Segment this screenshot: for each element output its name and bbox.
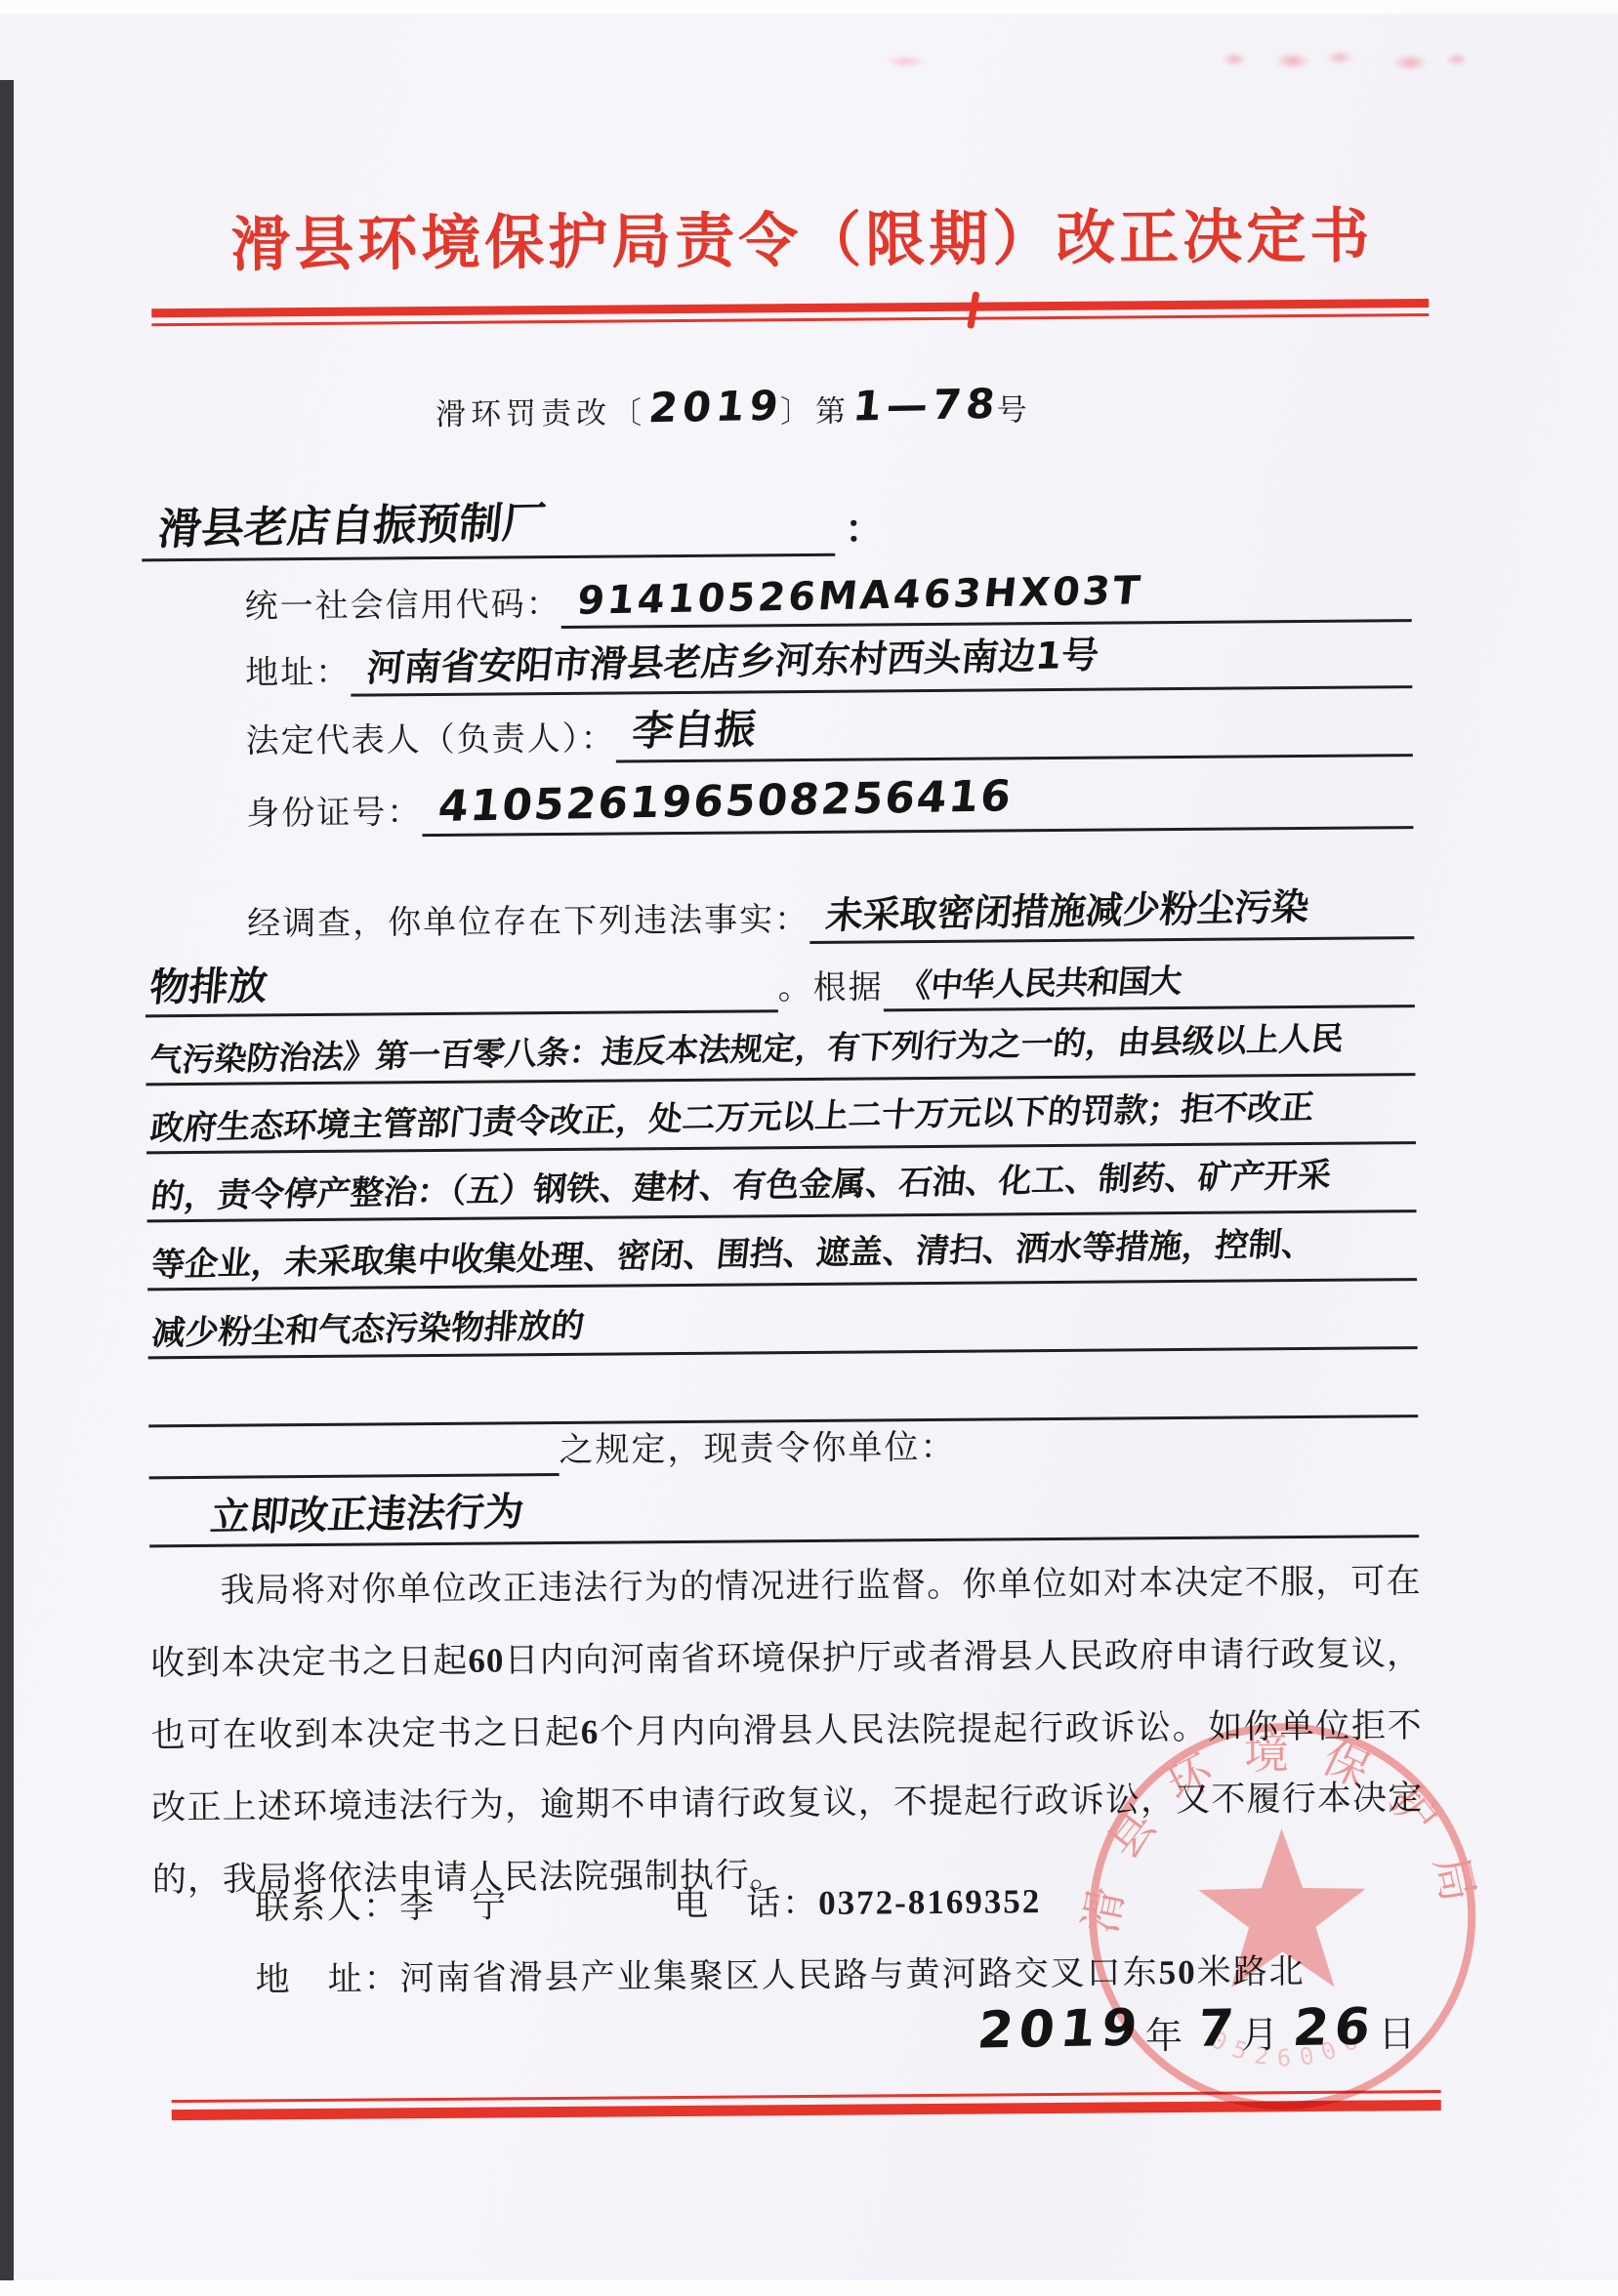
legal-rep-label: 法定代表人（负责人）： [245, 712, 615, 766]
law-line-handwritten: 减少粉尘和气态污染物排放的 [150, 1298, 588, 1354]
law-start-handwritten: 《中华人民共和国大 [897, 956, 1183, 1006]
recipient-name-handwritten: 滑县老店自振预制厂 [155, 487, 549, 556]
law-line-handwritten: 气污染防治法》第一百零八条：违反本法规定，有下列行为之一的，由县级以上人民 [147, 1013, 1346, 1081]
facts-line1-handwritten: 未采取密闭措施减少粉尘污染 [823, 877, 1311, 939]
id-number-row: 身份证号： 410526196508256416 [246, 766, 1413, 838]
contact-phone: 0372-8169352 [818, 1882, 1041, 1922]
law-line-row: 气污染防治法》第一百零八条：违反本法规定，有下列行为之一的，由县级以上人民 [145, 1015, 1415, 1086]
bureau-address-pre: 河南省滑县产业集聚区人民路与黄河路交叉口东 [400, 1953, 1159, 1997]
doc-number-serial-handwritten: 1—78 [850, 380, 1002, 430]
doc-number-suffix: 号 [996, 385, 1031, 429]
law-line-row: 等企业，未采取集中收集处理、密闭、围挡、遮盖、清扫、洒水等措施，控制、 [147, 1220, 1417, 1291]
doc-number: 滑环罚责改〔 2019 〕第 1—78 号 [436, 381, 1032, 433]
order-row: 立即改正违法行为 [149, 1477, 1419, 1547]
months-6: 6 [581, 1713, 600, 1751]
address-label: 地址： [245, 645, 351, 698]
legal-rep-row: 法定代表人（负责人）： 李自振 [245, 696, 1412, 765]
recipient-row: 滑县老店自振预制厂 ： [142, 495, 884, 561]
law-line-row: 的，责令停产整治：（五）钢铁、建材、有色金属、石油、化工、制药、矿产开采 [146, 1152, 1416, 1222]
address-value-handwritten: 河南省安阳市滑县老店乡河东村西头南边1号 [364, 625, 1101, 692]
regulation-row: 之规定，现责令你单位： [148, 1409, 1418, 1479]
law-line-row: 政府生态环境主管部门责令改正，处二万元以上二十万元以下的罚款；拒不改正 [146, 1084, 1416, 1154]
legal-rep-value-handwritten: 李自振 [630, 697, 759, 758]
law-line-handwritten: 等企业，未采取集中收集处理、密闭、围挡、遮盖、清扫、洒水等措施，控制、 [149, 1216, 1317, 1286]
page-title: 滑县环境保护局责令（限期）改正决定书 [0, 187, 1611, 285]
doc-number-year-handwritten: 2019 [646, 382, 785, 432]
seal-code: 0526006 [1206, 2022, 1371, 2072]
facts-intro-label: 经调查，你单位存在下列违法事实： [247, 892, 809, 949]
facts-line2-handwritten: 物排放 [147, 955, 270, 1012]
address-row: 地址： 河南省安阳市滑县老店乡河东村西头南边1号 [245, 630, 1412, 697]
bureau-address-label: 地 址： [256, 1959, 400, 1998]
regulation-label: 之规定，现责令你单位： [559, 1420, 956, 1476]
law-line-row: 减少粉尘和气态污染物排放的 [147, 1289, 1417, 1359]
order-handwritten: 立即改正违法行为 [208, 1481, 526, 1542]
id-number-label: 身份证号： [246, 785, 422, 838]
law-line-handwritten: 政府生态环境主管部门责令改正，处二万元以上二十万元以下的罚款；拒不改正 [148, 1080, 1316, 1149]
days-60: 60 [468, 1641, 504, 1679]
genju-label: 。根据 [777, 960, 883, 1012]
credit-code-row: 统一社会信用代码： 91410526MA463HX03T [244, 563, 1411, 631]
doc-number-prefix: 滑环罚责改〔 [436, 388, 646, 433]
law-line-handwritten: 的，责令停产整治：（五）钢铁、建材、有色金属、石油、化工、制药、矿产开采 [149, 1148, 1334, 1217]
contact-person: 李 宁 [399, 1886, 508, 1925]
credit-code-label: 统一社会信用代码： [244, 577, 560, 632]
contact-phone-label: 电 话： [674, 1884, 818, 1923]
scanned-document: 滑县环境保护局责令（限期）改正决定书 滑环罚责改〔 2019 〕第 1—78 号… [0, 0, 1618, 2296]
seal-star-icon [1198, 1828, 1366, 1988]
recipient-colon: ： [835, 498, 884, 555]
credit-code-value-handwritten: 91410526MA463HX03T [575, 568, 1145, 624]
facts-intro-row: 经调查，你单位存在下列违法事实： 未采取密闭措施减少粉尘污染 [247, 879, 1414, 948]
official-seal: 滑县环境保护局 0526006 [1071, 1705, 1494, 2128]
scanner-edge-bottom [0, 2280, 1618, 2296]
facts-law-row: 物排放 。根据 《中华人民共和国大 [145, 947, 1414, 1017]
doc-number-close: 〕第 [780, 387, 850, 431]
contact-person-label: 联系人： [255, 1887, 399, 1926]
id-number-value-handwritten: 410526196508256416 [436, 771, 1015, 832]
contact-row: 联系人：李 宁电 话：0372-8169352 [255, 1874, 1042, 1929]
